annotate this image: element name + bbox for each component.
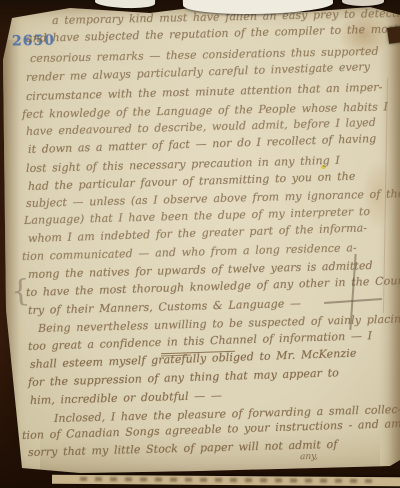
next-page-text-blur (80, 477, 380, 483)
inserted-word: any, (300, 452, 318, 463)
manuscript-line: him, incredible or doubtful — — (30, 389, 222, 407)
manuscript-line: for the suppression of any thing that ma… (28, 366, 339, 389)
manuscript-line: circumstance with the most minute attent… (26, 81, 383, 103)
manuscript-line: sorry that my little Stock of paper will… (28, 438, 338, 459)
pencil-brace-mark: { (10, 274, 31, 310)
page-edge-tear (387, 26, 400, 44)
manuscript-page: 2650 a temporary kind must have fallen a… (0, 0, 400, 488)
manuscript-photo: 2650 a temporary kind must have fallen a… (0, 0, 400, 488)
manuscript-line: try of their Manners, Customs & Language… (28, 297, 301, 317)
